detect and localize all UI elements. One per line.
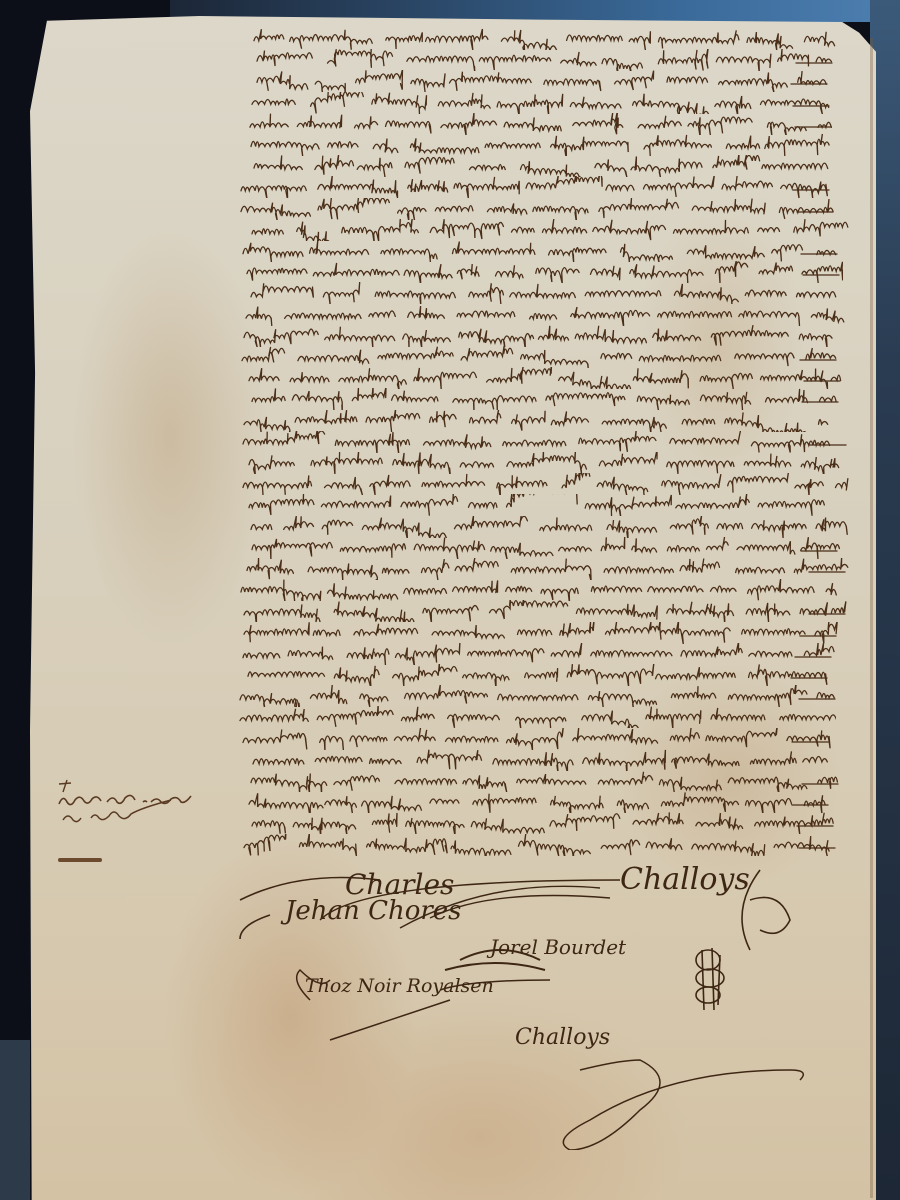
manuscript-line (238, 706, 836, 728)
notary-monogram (696, 948, 724, 1010)
manuscript-line (241, 643, 835, 665)
manuscript-line (241, 473, 849, 495)
manuscript-line (242, 410, 831, 432)
manuscript-line (240, 346, 840, 368)
manuscript-line (242, 325, 847, 347)
manuscript-line (249, 770, 842, 792)
page-fold-crease (870, 38, 873, 1198)
manuscript-line (250, 537, 841, 559)
manuscript-line (239, 579, 839, 601)
manuscript-line (242, 834, 839, 856)
manuscript-line (250, 92, 833, 114)
manuscript-line (251, 749, 832, 771)
manuscript-line (247, 791, 832, 813)
margin-note-handwriting (55, 778, 225, 830)
margin-dash-mark (58, 858, 102, 862)
manuscript-line (247, 367, 844, 389)
manuscript-line (249, 134, 833, 156)
signature-challoys-upper: Challoys (620, 862, 750, 897)
manuscript-line (252, 155, 848, 177)
manuscript-line (238, 685, 839, 707)
signature-jorel-bourdet: Jorel Bourdet (490, 935, 626, 959)
signature-jehan-chores: Jehan Chores (285, 896, 462, 926)
signature-challoys-lower: Challoys (515, 1025, 610, 1050)
manuscript-line (241, 240, 841, 262)
manuscript-line (247, 494, 842, 516)
manuscript-line (250, 219, 849, 241)
manuscript-line (247, 452, 842, 474)
manuscript-line (246, 664, 831, 686)
manuscript-line (249, 516, 848, 538)
manuscript-line (255, 70, 831, 92)
signature-thoz-noir: Thoz Noir Royalsen (305, 975, 494, 997)
manuscript-line (250, 812, 837, 834)
manuscript-line (242, 600, 849, 622)
manuscript-line (241, 728, 832, 750)
manuscript-line (248, 113, 835, 135)
manuscript-line (255, 49, 836, 71)
manuscript-line (239, 198, 837, 220)
manuscript-line (242, 622, 840, 644)
manuscript-line (250, 388, 842, 410)
manuscript-line (252, 28, 839, 50)
background-bottom-left (0, 1040, 30, 1200)
margin-note: Borrage de brés · sport par de yffy (55, 778, 225, 830)
manuscript-line (241, 431, 850, 453)
manuscript-line (244, 304, 848, 326)
manuscript-line (249, 282, 839, 304)
manuscript-line (245, 261, 843, 283)
manuscript-line (245, 558, 849, 580)
manuscript-line (239, 176, 833, 198)
